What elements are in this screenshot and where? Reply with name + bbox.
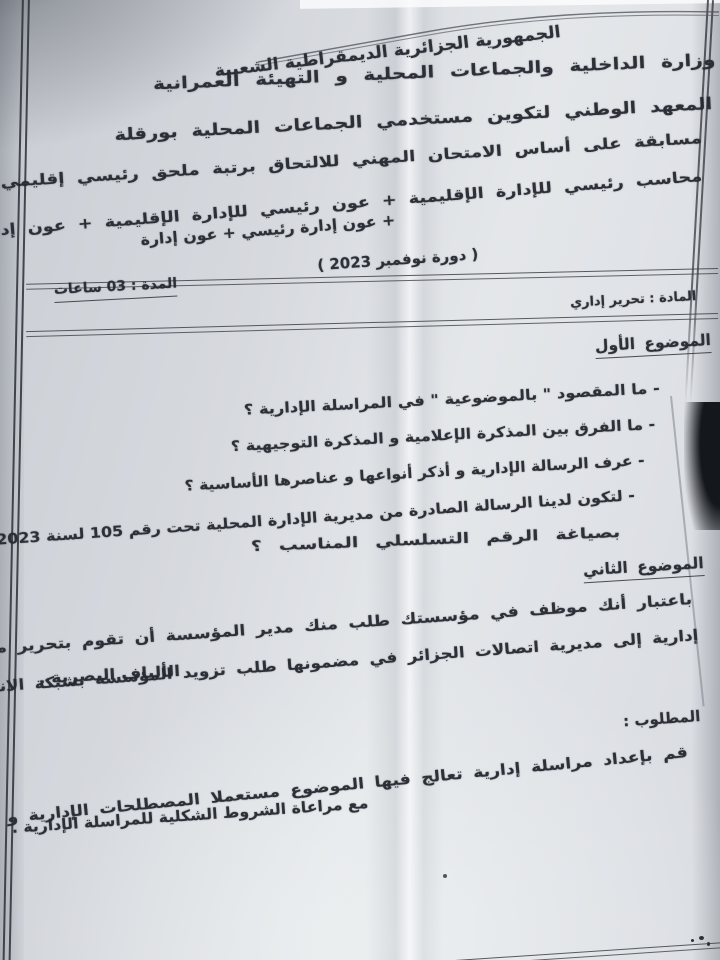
info-subject: المادة : تحرير إداري [569, 289, 696, 312]
ink-mark [691, 939, 694, 942]
bottom-table-rule [426, 942, 720, 960]
exam-paper-photo: الجمهورية الجزائرية الديمقراطية الشعبية … [0, 0, 720, 960]
topic1-question-4-line-2: بصياغة الرقم التسلسلي المناسب ؟ [251, 524, 621, 556]
topic1-question-1: - ما المقصود " بالموضوعية " في المراسلة … [244, 380, 661, 420]
required-label: المطلوب : [622, 707, 700, 731]
topic2-heading: الموضوع الثاني [583, 554, 705, 584]
topic1-question-3: - عرف الرسالة الإدارية و أذكر أنواعها و … [185, 452, 646, 496]
topic1-question-2: - ما الفرق بين المذكرة الإعلامية و المذك… [230, 416, 655, 456]
session-line: ( دورة نوفمبر 2023 ) [317, 245, 479, 275]
paper-speck [443, 874, 447, 878]
ink-mark [699, 936, 704, 940]
info-bar-bottom-rule [26, 313, 718, 337]
background-shadow-gap [684, 402, 720, 530]
paper-top-edge [300, 0, 720, 9]
ink-mark [707, 942, 710, 946]
info-duration: المدة : 03 ساعات [53, 276, 177, 303]
